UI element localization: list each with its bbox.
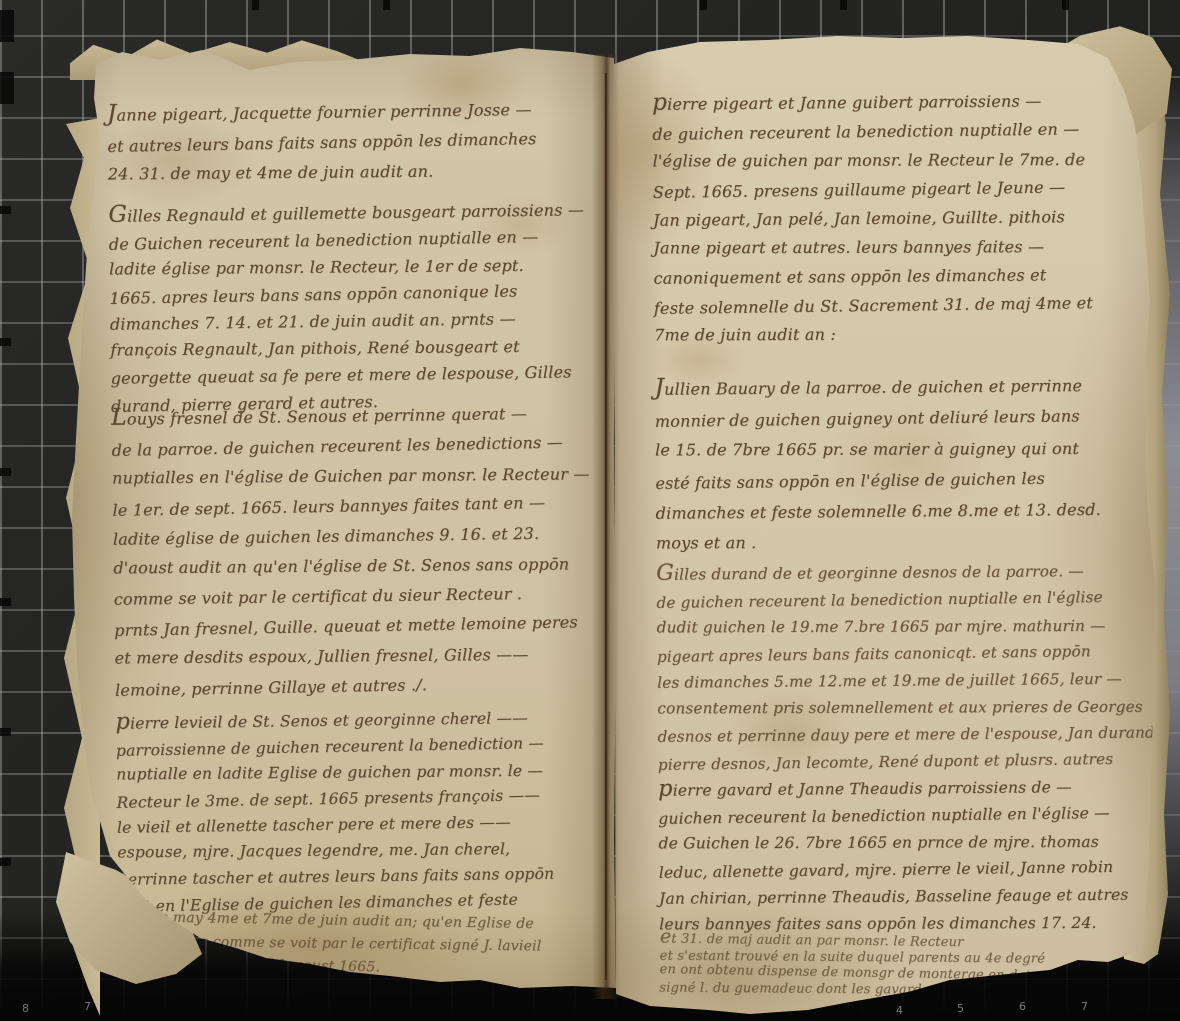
right-page: pierre pigeart et Janne guibert parroiss… [608,30,1170,1015]
manuscript-line: moys et an . [656,526,1168,559]
manuscript-line: espouse, mjre. Jacques legendre, me. Jan… [117,835,622,865]
marriage-entry: Jullien Bauary de la parroe. de guichen … [654,367,1168,559]
marriage-entry: pierre levieil de St. Senos et georginne… [115,702,623,919]
manuscript-line: consentement pris solemnellement et aux … [657,694,1169,723]
manuscript-line: monnier de guichen guigney ont deliuré l… [655,399,1167,437]
manuscript-line: le 15. de 7bre 1665 pr. se marier à guig… [655,433,1167,466]
manuscript-line: de guichen receurent la benediction nupt… [656,583,1168,617]
marriage-entry: Janne pigeart, Jacquette fournier perrin… [107,92,613,191]
manuscript-book: Janne pigeart, Jacquette fournier perrin… [0,0,1180,1021]
manuscript-line: feste solemnelle du St. Sacrement 31. de… [654,287,1166,323]
marriage-entry: Gilles Regnauld et guillemette bousgeart… [108,194,616,419]
manuscript-line: de Guichen le 26. 7bre 1665 en prnce de … [658,829,1170,858]
manuscript-line: les dimanches 5.me 12.me et 19.me de jui… [657,665,1169,696]
photo-scene: 8 7 4 5 6 7 Janne pigeart, Jacquette fou… [0,0,1180,1021]
manuscript-line: dudit guichen le 19.me 7.bre 1665 par mj… [657,613,1169,642]
marriage-entry: pierre gavard et Janne Theaudis parroiss… [658,771,1171,939]
manuscript-line: françois Regnault, Jan pithois, René bou… [110,332,615,363]
manuscript-line: Jan chirian, perrinne Theaudis, Basselin… [659,881,1171,912]
manuscript-line: d'aoust audit an qu'en l'église de St. S… [113,549,618,583]
manuscript-line: de guichen receurent la benediction nupt… [652,113,1164,149]
manuscript-line: l'église de guichen par monsr. le Recteu… [653,145,1165,176]
marriage-entry-cramped: et 31. de maj audit an par monsr. le Rec… [659,929,1172,1001]
manuscript-line: Jan pigeart, Jan pelé, Jan lemoine, Guil… [653,201,1165,234]
manuscript-line: Janne pigeart et autres. leurs bannyes f… [653,232,1165,263]
manuscript-line: signé l. du guemadeuc dont les gavard et… [659,981,1171,1001]
right-page-text: pierre pigeart et Janne guibert parroiss… [651,27,1172,1016]
manuscript-line: 7me de juin audit an : [654,319,1166,350]
manuscript-line: guichen receurent la benediction nuptial… [658,799,1170,833]
left-page-text: Janne pigeart, Jacquette fournier perrin… [106,36,624,1008]
left-page: Janne pigeart, Jacquette fournier perrin… [52,40,624,1005]
manuscript-line: dimanches et feste solemnelle 6.me 8.me … [655,493,1167,528]
marriage-entry: Gilles durand de et georginne desnos de … [656,555,1170,777]
marriage-entry: pierre pigeart et Janne guibert parroiss… [652,83,1166,350]
manuscript-line: Jullien Bauary de la parroe. de guichen … [654,367,1166,404]
manuscript-line: 24. 31. de may et 4me de juin audit an. [108,155,613,189]
marriage-entry: Louys fresnel de St. Senous et perrinne … [111,396,620,705]
